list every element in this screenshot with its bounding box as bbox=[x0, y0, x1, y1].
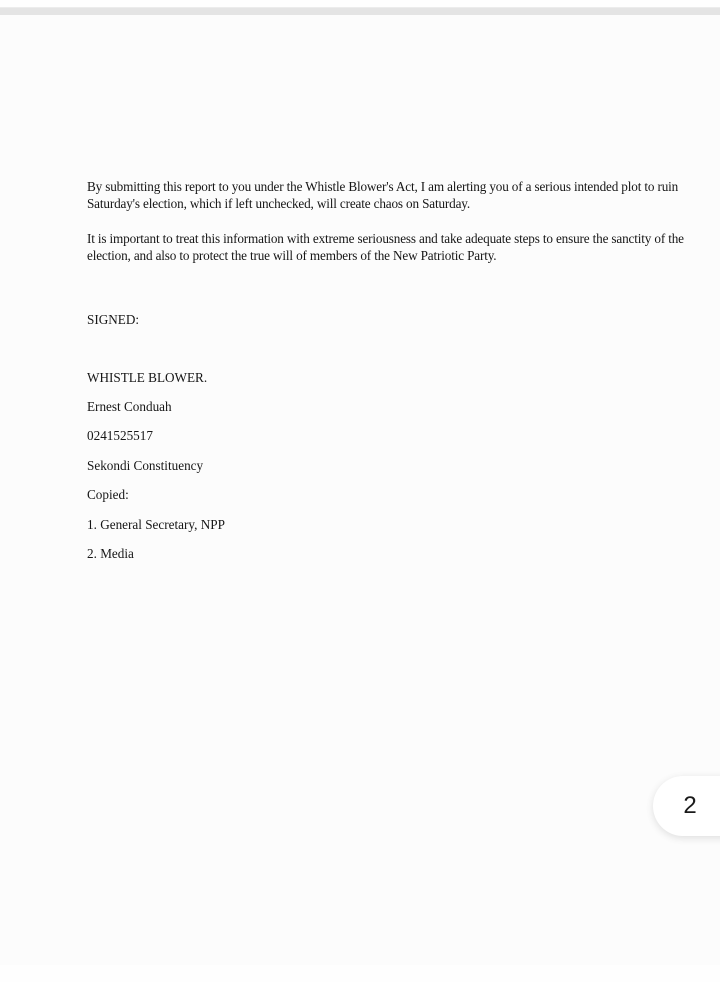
signature-constituency: Sekondi Constituency bbox=[87, 458, 203, 474]
copied-item-2: 2. Media bbox=[87, 546, 134, 562]
paragraph-1: By submitting this report to you under t… bbox=[87, 178, 707, 212]
paragraph-2: It is important to treat this informatio… bbox=[87, 230, 707, 264]
signed-label: SIGNED: bbox=[87, 312, 139, 328]
signature-name: Ernest Conduah bbox=[87, 399, 172, 415]
page-number-badge[interactable]: 2 bbox=[653, 776, 720, 836]
signature-phone: 0241525517 bbox=[87, 428, 153, 444]
copied-label: Copied: bbox=[87, 487, 129, 503]
copied-item-1: 1. General Secretary, NPP bbox=[87, 517, 225, 533]
page-number: 2 bbox=[683, 792, 696, 820]
signature-title: WHISTLE BLOWER. bbox=[87, 370, 207, 386]
